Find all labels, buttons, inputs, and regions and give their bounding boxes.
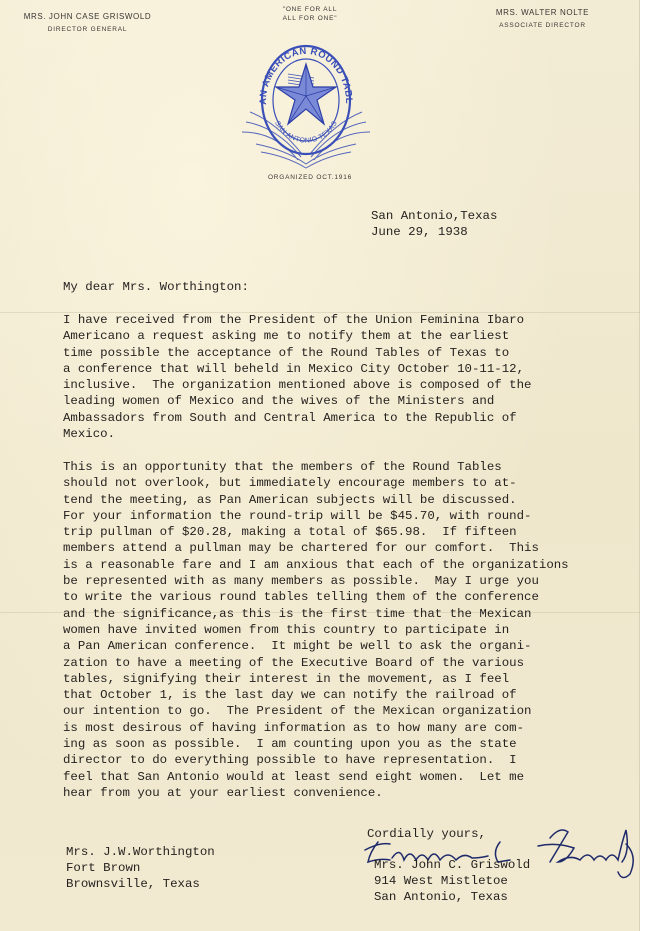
- body-line: This is an opportunity that the members …: [63, 459, 569, 475]
- body-line: tend the meeting, as Pan American subjec…: [63, 492, 569, 508]
- body-line: trip pullman of $20.28, making a total o…: [63, 524, 569, 540]
- body-line: tables, signifying their interest in the…: [63, 671, 569, 687]
- body-line: members attend a pullman may be chartere…: [63, 540, 569, 556]
- body-line: leading women of Mexico and the wives of…: [63, 393, 531, 409]
- svg-text:SAN ANTONIO TEXAS: SAN ANTONIO TEXAS: [273, 120, 339, 145]
- body-line: Mexico.: [63, 426, 531, 442]
- recipient-street: Fort Brown: [66, 860, 140, 876]
- body-line: inclusive. The organization mentioned ab…: [63, 377, 531, 393]
- dateline-date: June 29, 1938: [371, 224, 468, 240]
- body-line: be represented with as many members as p…: [63, 573, 569, 589]
- dateline-place: San Antonio,Texas: [371, 208, 497, 224]
- body-line: should not overlook, but immediately enc…: [63, 475, 569, 491]
- body-line: that October 1, is the last day we can n…: [63, 687, 569, 703]
- letterhead-organized: ORGANIZED OCT.1916: [250, 174, 370, 181]
- motto-line-2: ALL FOR ONE": [270, 14, 350, 23]
- page-edge: [639, 0, 645, 931]
- body-line: For your information the round-trip will…: [63, 508, 569, 524]
- letterhead-right-name: MRS. WALTER NOLTE: [465, 8, 620, 17]
- letterhead-right-title: ASSOCIATE DIRECTOR: [465, 22, 620, 29]
- body-line: director to do everything possible to ha…: [63, 752, 569, 768]
- body-line: hear from you at your earliest convenien…: [63, 785, 569, 801]
- body-line: ing as soon as possible. I am counting u…: [63, 736, 569, 752]
- sender-street: 914 West Mistletoe: [374, 873, 508, 889]
- body-line: is a reasonable fare and I am anxious th…: [63, 557, 569, 573]
- body-paragraph-1: I have received from the President of th…: [63, 312, 531, 442]
- sender-name: Mrs. John C. Griswold: [374, 857, 530, 873]
- body-line: feel that San Antonio would at least sen…: [63, 769, 569, 785]
- body-line: our intention to go. The President of th…: [63, 703, 569, 719]
- body-line: women have invited women from this count…: [63, 622, 569, 638]
- body-line: time possible the acceptance of the Roun…: [63, 345, 531, 361]
- svg-text:Florence T. Griswold: Florence T. Griswold: [360, 822, 552, 827]
- body-line: zation to have a meeting of the Executiv…: [63, 655, 569, 671]
- body-line: a Pan American conference. It might be w…: [63, 638, 569, 654]
- body-paragraph-2: This is an opportunity that the members …: [63, 459, 569, 801]
- letterhead-left-name: MRS. JOHN CASE GRISWOLD: [10, 12, 165, 21]
- recipient-name: Mrs. J.W.Worthington: [66, 844, 215, 860]
- motto-line-1: "ONE FOR ALL: [270, 5, 350, 14]
- body-line: a conference that will beheld in Mexico …: [63, 361, 531, 377]
- body-line: Americano a request asking me to notify …: [63, 328, 531, 344]
- body-line: I have received from the President of th…: [63, 312, 531, 328]
- body-line: to write the various round tables tellin…: [63, 589, 569, 605]
- sender-city: San Antonio, Texas: [374, 889, 508, 905]
- body-line: is most desirous of having information a…: [63, 720, 569, 736]
- letterhead-left-title: DIRECTOR GENERAL: [10, 26, 165, 33]
- body-line: Ambassadors from South and Central Ameri…: [63, 410, 531, 426]
- round-table-emblem-icon: PAN AMERICAN ROUND TABLE SAN ANTONIO TEX…: [236, 32, 376, 172]
- salutation: My dear Mrs. Worthington:: [63, 279, 249, 295]
- body-line: and the significance,as this is the firs…: [63, 606, 569, 622]
- recipient-city: Brownsville, Texas: [66, 876, 200, 892]
- letterhead-motto: "ONE FOR ALL ALL FOR ONE": [270, 5, 350, 23]
